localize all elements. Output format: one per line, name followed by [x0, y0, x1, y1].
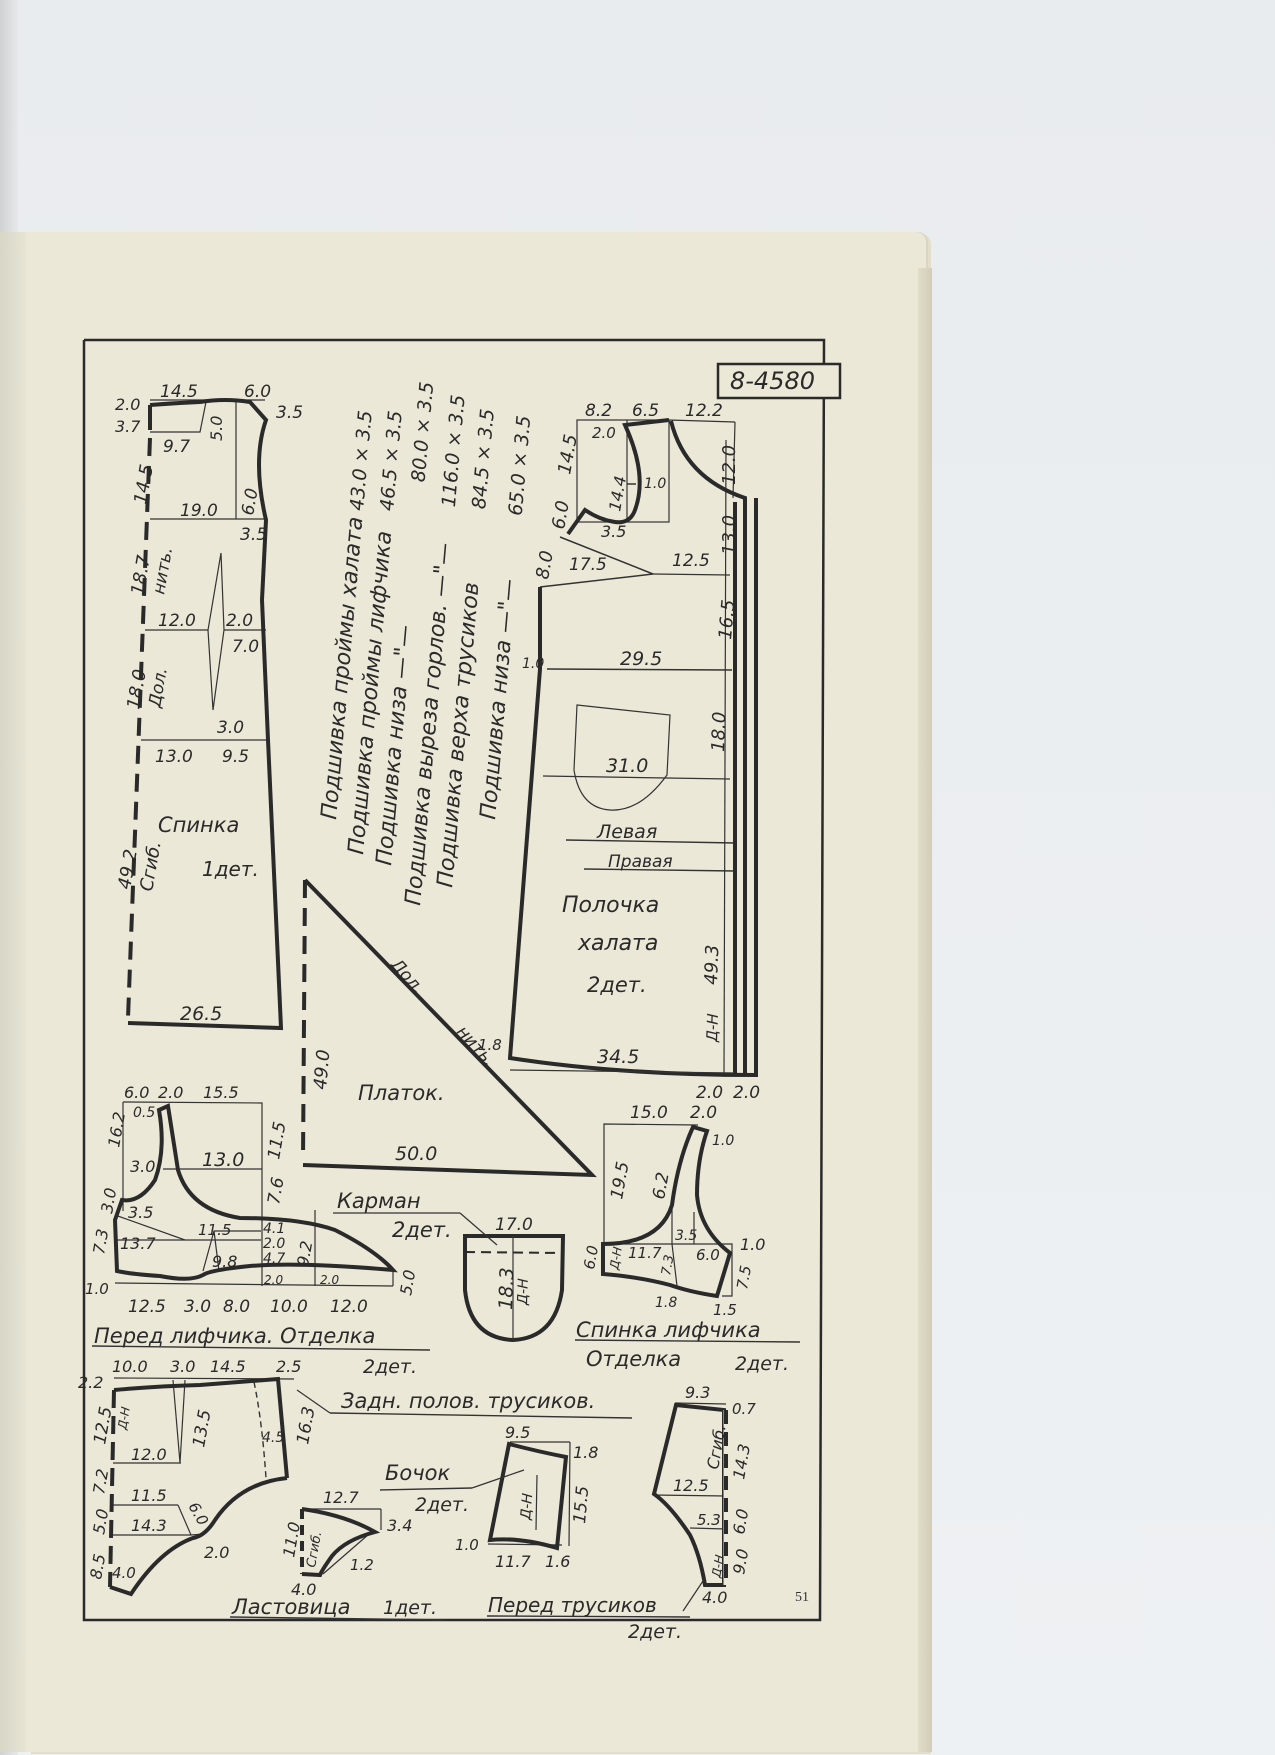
- svg-text:19.0: 19.0: [180, 501, 218, 521]
- svg-text:9.5: 9.5: [505, 1423, 530, 1442]
- svg-text:2дет.: 2дет.: [587, 973, 647, 997]
- svg-text:15.5: 15.5: [203, 1083, 239, 1102]
- svg-text:7.0: 7.0: [232, 637, 259, 657]
- svg-text:2.0: 2.0: [158, 1083, 183, 1102]
- svg-text:Карман: Карман: [337, 1189, 421, 1213]
- svg-text:нить.: нить.: [149, 546, 177, 596]
- svg-text:14.3: 14.3: [729, 1442, 754, 1480]
- svg-text:2.0: 2.0: [696, 1083, 723, 1103]
- svg-text:14.3: 14.3: [131, 1516, 167, 1535]
- svg-text:49.3: 49.3: [701, 944, 723, 985]
- svg-text:116.0 × 3.5: 116.0 × 3.5: [438, 394, 470, 508]
- svg-text:Сгиб.: Сгиб.: [304, 1530, 325, 1569]
- svg-text:1.0: 1.0: [712, 1133, 734, 1149]
- svg-text:34.5: 34.5: [597, 1046, 639, 1068]
- svg-text:14.5: 14.5: [210, 1357, 246, 1376]
- svg-text:3.0: 3.0: [170, 1357, 195, 1376]
- svg-text:2.0: 2.0: [592, 424, 616, 442]
- svg-text:11.5: 11.5: [198, 1221, 231, 1239]
- svg-text:12.0: 12.0: [158, 611, 196, 631]
- svg-text:17.0: 17.0: [495, 1215, 533, 1235]
- svg-text:1.8: 1.8: [655, 1295, 677, 1311]
- svg-text:2.0: 2.0: [690, 1103, 717, 1123]
- svg-text:1.5: 1.5: [713, 1301, 737, 1319]
- svg-text:9.0: 9.0: [729, 1547, 752, 1575]
- svg-text:11.5: 11.5: [131, 1486, 167, 1505]
- svg-text:2.0: 2.0: [733, 1083, 760, 1103]
- svg-text:5.0: 5.0: [396, 1268, 419, 1296]
- svg-text:3.5: 3.5: [276, 403, 303, 423]
- svg-text:Дол.: Дол.: [386, 954, 428, 998]
- svg-text:12.0: 12.0: [719, 445, 740, 485]
- svg-text:3.0: 3.0: [184, 1297, 211, 1317]
- svg-text:Отделка: Отделка: [586, 1347, 681, 1371]
- svg-text:2.0: 2.0: [264, 1273, 283, 1287]
- svg-text:16.5: 16.5: [715, 599, 739, 641]
- pattern-sheet: 8-4580 14.5 6.0 3.5 2.0 3.7 9.7 5.0 14.5…: [0, 0, 1275, 1755]
- svg-text:11.7: 11.7: [495, 1552, 531, 1571]
- svg-text:1.6: 1.6: [545, 1552, 570, 1571]
- svg-text:1.0: 1.0: [522, 656, 544, 672]
- svg-text:12.7: 12.7: [323, 1488, 359, 1507]
- svg-text:3.0: 3.0: [130, 1157, 155, 1176]
- svg-text:2.0: 2.0: [263, 1236, 285, 1252]
- svg-text:4.5: 4.5: [262, 1430, 284, 1446]
- svg-text:6.2: 6.2: [649, 1171, 673, 1201]
- scarf-piece: 49.0 Платок. 50.0 Дол. нить.: [303, 880, 592, 1175]
- bra-front-piece: 6.0 2.0 15.5 0.5 16.2 3.0 13.0 11.5 7.6 …: [85, 1083, 430, 1378]
- svg-text:14.4: 14.4: [605, 474, 630, 512]
- svg-text:2дет.: 2дет.: [392, 1218, 452, 1242]
- svg-text:4.1: 4.1: [263, 1221, 285, 1237]
- svg-text:46.5 × 3.5: 46.5 × 3.5: [376, 410, 407, 512]
- svg-text:6.5: 6.5: [632, 401, 659, 421]
- svg-text:3.4: 3.4: [387, 1516, 412, 1535]
- svg-text:6.0: 6.0: [185, 1499, 213, 1529]
- svg-text:26.5: 26.5: [180, 1003, 222, 1025]
- svg-text:6.0: 6.0: [696, 1246, 720, 1264]
- svg-text:5.3: 5.3: [697, 1511, 721, 1529]
- svg-text:Сгиб.: Сгиб.: [136, 839, 165, 892]
- svg-text:0.5: 0.5: [133, 1105, 155, 1121]
- svg-text:11.5: 11.5: [264, 1120, 290, 1161]
- svg-text:6.0: 6.0: [729, 1507, 752, 1535]
- gusset-piece: 12.7 3.4 11.0 Сгиб. 1.2 4.0 Ластовица 1д…: [230, 1488, 445, 1620]
- svg-text:1.0: 1.0: [644, 476, 666, 492]
- svg-text:50.0: 50.0: [395, 1143, 437, 1165]
- svg-text:12.2: 12.2: [685, 401, 723, 421]
- svg-text:11.0: 11.0: [279, 1520, 304, 1558]
- svg-text:Перед трусиков: Перед трусиков: [488, 1593, 657, 1617]
- svg-text:12.5: 12.5: [90, 1405, 116, 1446]
- svg-text:Платок.: Платок.: [358, 1081, 445, 1105]
- document-code-box: 8-4580: [718, 364, 840, 398]
- svg-text:1дет.: 1дет.: [383, 1597, 437, 1619]
- svg-text:8.0: 8.0: [532, 549, 558, 581]
- svg-text:14.5: 14.5: [554, 433, 582, 476]
- svg-text:13.0: 13.0: [719, 515, 740, 555]
- svg-text:Подшивка низа —"—: Подшивка низа —"—: [476, 578, 522, 821]
- svg-text:3.5: 3.5: [240, 525, 267, 545]
- pocket-piece: Карман 2дет. 17.0 18.3 Д-Н: [333, 1189, 563, 1340]
- svg-text:31.0: 31.0: [606, 755, 648, 777]
- svg-text:84.5 × 3.5: 84.5 × 3.5: [468, 408, 499, 510]
- svg-text:7.5: 7.5: [733, 1264, 755, 1291]
- svg-text:2.5: 2.5: [276, 1357, 301, 1376]
- svg-text:12.5: 12.5: [673, 1476, 709, 1495]
- svg-text:19.5: 19.5: [607, 1160, 633, 1201]
- svg-text:16.2: 16.2: [104, 1110, 129, 1148]
- svg-text:3.5: 3.5: [675, 1228, 697, 1244]
- svg-text:7.2: 7.2: [89, 1467, 112, 1495]
- svg-text:10.0: 10.0: [270, 1297, 308, 1317]
- svg-text:8.0: 8.0: [223, 1297, 250, 1317]
- svg-text:Полочка: Полочка: [562, 893, 659, 918]
- svg-text:12.5: 12.5: [128, 1297, 166, 1317]
- svg-text:11.7: 11.7: [628, 1244, 662, 1262]
- svg-text:Спинка: Спинка: [158, 813, 239, 837]
- svg-text:13.0: 13.0: [155, 747, 193, 767]
- side-panel-piece: 9.5 1.8 15.5 Д-Н 1.0 11.7 1.6 Бочок 2дет…: [380, 1423, 598, 1571]
- svg-text:7.3: 7.3: [659, 1254, 677, 1277]
- svg-text:6.0: 6.0: [238, 487, 262, 517]
- svg-text:Задн. полов. трусиков.: Задн. полов. трусиков.: [341, 1389, 595, 1413]
- svg-text:1.0: 1.0: [740, 1235, 765, 1254]
- svg-text:2дет.: 2дет.: [415, 1494, 469, 1516]
- svg-text:4.7: 4.7: [263, 1251, 285, 1267]
- svg-text:халата: халата: [577, 931, 658, 956]
- svg-text:14.5: 14.5: [160, 382, 198, 402]
- svg-text:12.0: 12.0: [330, 1297, 368, 1317]
- facings-table: Подшивка проймы халата 43.0 × 3.5 Подшив…: [317, 381, 536, 907]
- svg-text:7.3: 7.3: [89, 1227, 112, 1255]
- svg-text:13.7: 13.7: [120, 1234, 156, 1253]
- svg-text:Перед лифчика. Отделка: Перед лифчика. Отделка: [94, 1324, 375, 1348]
- svg-text:10.0: 10.0: [112, 1357, 148, 1376]
- svg-text:3.0: 3.0: [217, 718, 244, 738]
- svg-text:Спинка лифчика: Спинка лифчика: [576, 1318, 761, 1342]
- svg-text:9.7: 9.7: [163, 437, 190, 457]
- svg-text:13.0: 13.0: [202, 1149, 244, 1171]
- svg-text:3.5: 3.5: [128, 1203, 153, 1222]
- svg-text:5.0: 5.0: [89, 1507, 112, 1535]
- svg-text:2.0: 2.0: [115, 395, 140, 414]
- svg-text:9.5: 9.5: [222, 747, 249, 767]
- svg-text:1дет.: 1дет.: [202, 857, 259, 881]
- svg-text:Бочок: Бочок: [385, 1461, 451, 1485]
- svg-text:2дет.: 2дет.: [363, 1356, 417, 1378]
- svg-text:1.0: 1.0: [85, 1280, 109, 1298]
- svg-text:Д-Н: Д-Н: [703, 1013, 722, 1043]
- svg-text:49.0: 49.0: [310, 1049, 334, 1091]
- svg-text:3.5: 3.5: [601, 522, 626, 541]
- svg-text:13.5: 13.5: [189, 1408, 215, 1449]
- svg-text:29.5: 29.5: [620, 648, 662, 670]
- svg-text:8.2: 8.2: [585, 401, 612, 421]
- svg-text:Д-Н: Д-Н: [518, 1492, 536, 1521]
- svg-text:7.6: 7.6: [264, 1176, 288, 1206]
- svg-text:0.7: 0.7: [732, 1400, 756, 1418]
- svg-text:2дет.: 2дет.: [628, 1621, 682, 1643]
- svg-text:Правая: Правая: [608, 852, 673, 872]
- svg-text:80.0 × 3.5: 80.0 × 3.5: [408, 381, 439, 483]
- svg-text:Левая: Левая: [596, 821, 657, 843]
- svg-text:2.0: 2.0: [320, 1273, 339, 1287]
- svg-text:18.0: 18.0: [708, 711, 730, 752]
- svg-text:17.5: 17.5: [569, 555, 607, 575]
- svg-text:14.5: 14.5: [130, 463, 158, 506]
- svg-text:9.3: 9.3: [685, 1383, 710, 1402]
- svg-text:6.0: 6.0: [548, 499, 574, 531]
- svg-text:1.0: 1.0: [455, 1536, 479, 1554]
- page-number: 51: [795, 1590, 809, 1606]
- svg-text:12.0: 12.0: [131, 1445, 167, 1464]
- svg-text:2.0: 2.0: [226, 611, 253, 631]
- svg-text:6.0: 6.0: [244, 382, 271, 402]
- svg-text:Д-Н: Д-Н: [607, 1246, 625, 1272]
- bra-back-piece: 15.0 2.0 1.0 19.5 6.2 3.5 6.0 Д-Н 11.7 7…: [575, 1103, 800, 1375]
- svg-text:2дет.: 2дет.: [735, 1353, 789, 1375]
- svg-text:3.7: 3.7: [115, 417, 141, 436]
- svg-text:4.0: 4.0: [112, 1564, 136, 1582]
- svg-text:15.0: 15.0: [630, 1103, 668, 1123]
- svg-text:65.0 × 3.5: 65.0 × 3.5: [505, 415, 536, 517]
- svg-text:6.0: 6.0: [124, 1083, 149, 1102]
- svg-text:8.5: 8.5: [86, 1552, 109, 1580]
- svg-text:1.2: 1.2: [350, 1556, 374, 1574]
- svg-text:16.3: 16.3: [293, 1405, 319, 1446]
- svg-text:15.5: 15.5: [570, 1485, 593, 1524]
- svg-text:43.0 × 3.5: 43.0 × 3.5: [346, 410, 377, 512]
- svg-text:Д-Н: Д-Н: [115, 1406, 133, 1432]
- svg-text:Д-Н: Д-Н: [515, 1278, 532, 1307]
- svg-text:9.8: 9.8: [212, 1252, 237, 1271]
- svg-text:4.0: 4.0: [702, 1588, 727, 1607]
- svg-text:5.0: 5.0: [207, 416, 226, 441]
- svg-text:2.2: 2.2: [78, 1373, 103, 1392]
- svg-text:Ластовица: Ластовица: [231, 1595, 350, 1619]
- svg-text:1.8: 1.8: [573, 1443, 598, 1462]
- svg-text:12.5: 12.5: [672, 551, 710, 571]
- svg-text:2.0: 2.0: [204, 1543, 229, 1562]
- svg-text:6.0: 6.0: [580, 1244, 602, 1271]
- back-piece: 14.5 6.0 3.5 2.0 3.7 9.7 5.0 14.5 19.0 6…: [114, 382, 303, 1028]
- document-code: 8-4580: [730, 367, 815, 395]
